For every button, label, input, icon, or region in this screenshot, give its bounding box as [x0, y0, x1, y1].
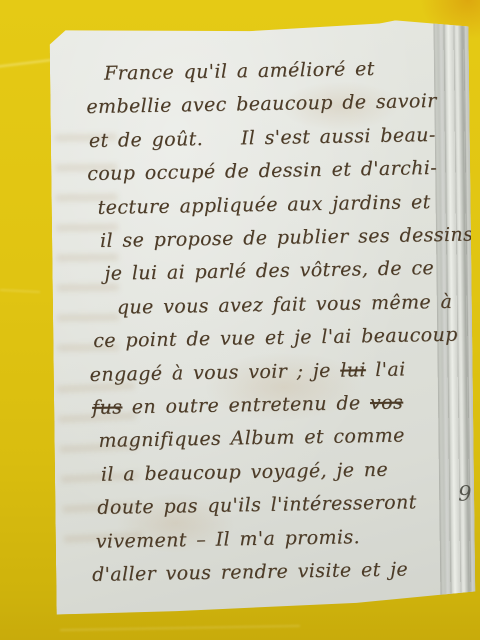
letter-line: il a beaucoup voyagé, je ne — [101, 457, 389, 488]
photo-background: France qu'il a amélioré etembellie avec … — [0, 0, 480, 640]
backing-crease — [0, 58, 58, 68]
letter-line: tecture appliquée aux jardins et — [97, 189, 430, 221]
letter-line: il se propose de publier ses dessins; — [100, 221, 480, 254]
letter-text: France qu'il a amélioré etembellie avec … — [49, 19, 475, 614]
backing-crease — [60, 625, 300, 631]
letter-line: magnifiques Album et comme — [98, 423, 405, 454]
letter-line: et de goût. Il s'est aussi beau- — [89, 122, 436, 154]
letter-line: coup occupé de dessin et d'archi- — [87, 155, 437, 187]
letter-line: d'aller vous rendre visite et je — [92, 556, 408, 588]
margin-note: 9 — [458, 481, 472, 505]
letter-line: ce point de vue et je l'ai beaucoup — [93, 322, 458, 354]
letter-line: fus en outre entretenu de vos — [92, 389, 404, 420]
letter-paper: France qu'il a amélioré etembellie avec … — [49, 19, 475, 614]
struck-through-word: fus — [92, 396, 123, 419]
letter-line: embellie avec beaucoup de savoir — [86, 88, 437, 120]
struck-through-word: lui — [340, 359, 366, 381]
letter-line: je lui ai parlé des vôtres, de ce — [104, 255, 434, 287]
struck-through-word: vos — [370, 391, 404, 414]
letter-line: engagé à vous voir ; je lui l'ai — [89, 356, 405, 388]
letter-line: que vous avez fait vous même à — [117, 289, 453, 321]
letter-line: France qu'il a amélioré et — [104, 56, 375, 87]
letter-line: vivement – Il m'a promis. — [96, 524, 361, 555]
backing-crease — [0, 289, 40, 293]
letter-line: doute pas qu'ils l'intéresseront — [97, 489, 417, 521]
